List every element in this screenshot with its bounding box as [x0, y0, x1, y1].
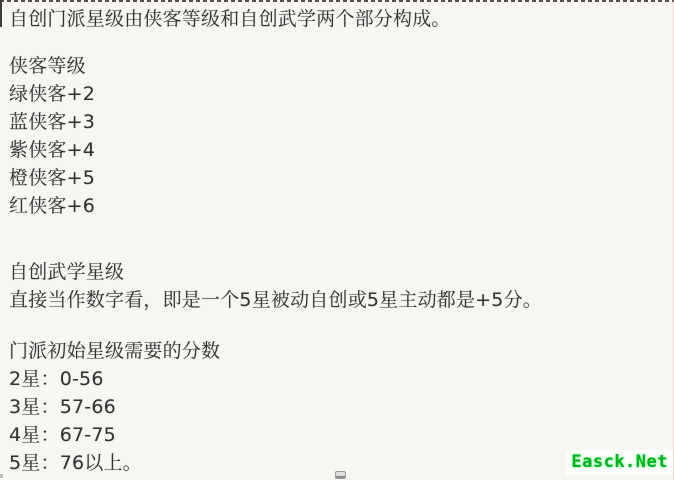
page-background: { "intro": "自创门派星级由侠客等级和自创武学两个部分构成。", "h… [0, 0, 674, 480]
score-line-3star: 3星：57-66 [9, 393, 649, 421]
top-dotted-border [0, 0, 674, 2]
hero-grade-line-blue: 蓝侠客+3 [9, 108, 649, 136]
martial-arts-section: 自创武学星级 直接当作数字看，即是一个5星被动自创或5星主动都是+5分。 [9, 258, 649, 314]
score-requirements-heading: 门派初始星级需要的分数 [9, 337, 649, 365]
score-requirements-section: 门派初始星级需要的分数 2星：0-56 3星：57-66 4星：67-75 5星… [9, 337, 649, 477]
hero-grade-line-purple: 紫侠客+4 [9, 136, 649, 164]
hero-grade-section: 侠客等级 绿侠客+2 蓝侠客+3 紫侠客+4 橙侠客+5 红侠客+6 [9, 52, 649, 220]
watermark-text: Easck.Net [571, 452, 668, 472]
article-text: 自创门派星级由侠客等级和自创武学两个部分构成。 侠客等级 绿侠客+2 蓝侠客+3… [9, 5, 649, 477]
left-edge-tick [0, 0, 2, 27]
hero-grade-line-orange: 橙侠客+5 [9, 164, 649, 192]
artifact-dot [0, 474, 3, 478]
hero-grade-line-green: 绿侠客+2 [9, 80, 649, 108]
hero-grade-heading: 侠客等级 [9, 52, 649, 80]
watermark-badge: Easck.Net [566, 450, 673, 475]
martial-arts-heading: 自创武学星级 [9, 258, 649, 286]
martial-arts-description: 直接当作数字看，即是一个5星被动自创或5星主动都是+5分。 [9, 286, 649, 314]
intro-paragraph: 自创门派星级由侠客等级和自创武学两个部分构成。 [9, 5, 649, 33]
score-line-5star: 5星：76以上。 [9, 449, 649, 477]
hero-grade-line-red: 红侠客+6 [9, 192, 649, 220]
score-line-2star: 2星：0-56 [9, 365, 649, 393]
score-line-4star: 4星：67-75 [9, 421, 649, 449]
artifact-mark [335, 471, 346, 479]
